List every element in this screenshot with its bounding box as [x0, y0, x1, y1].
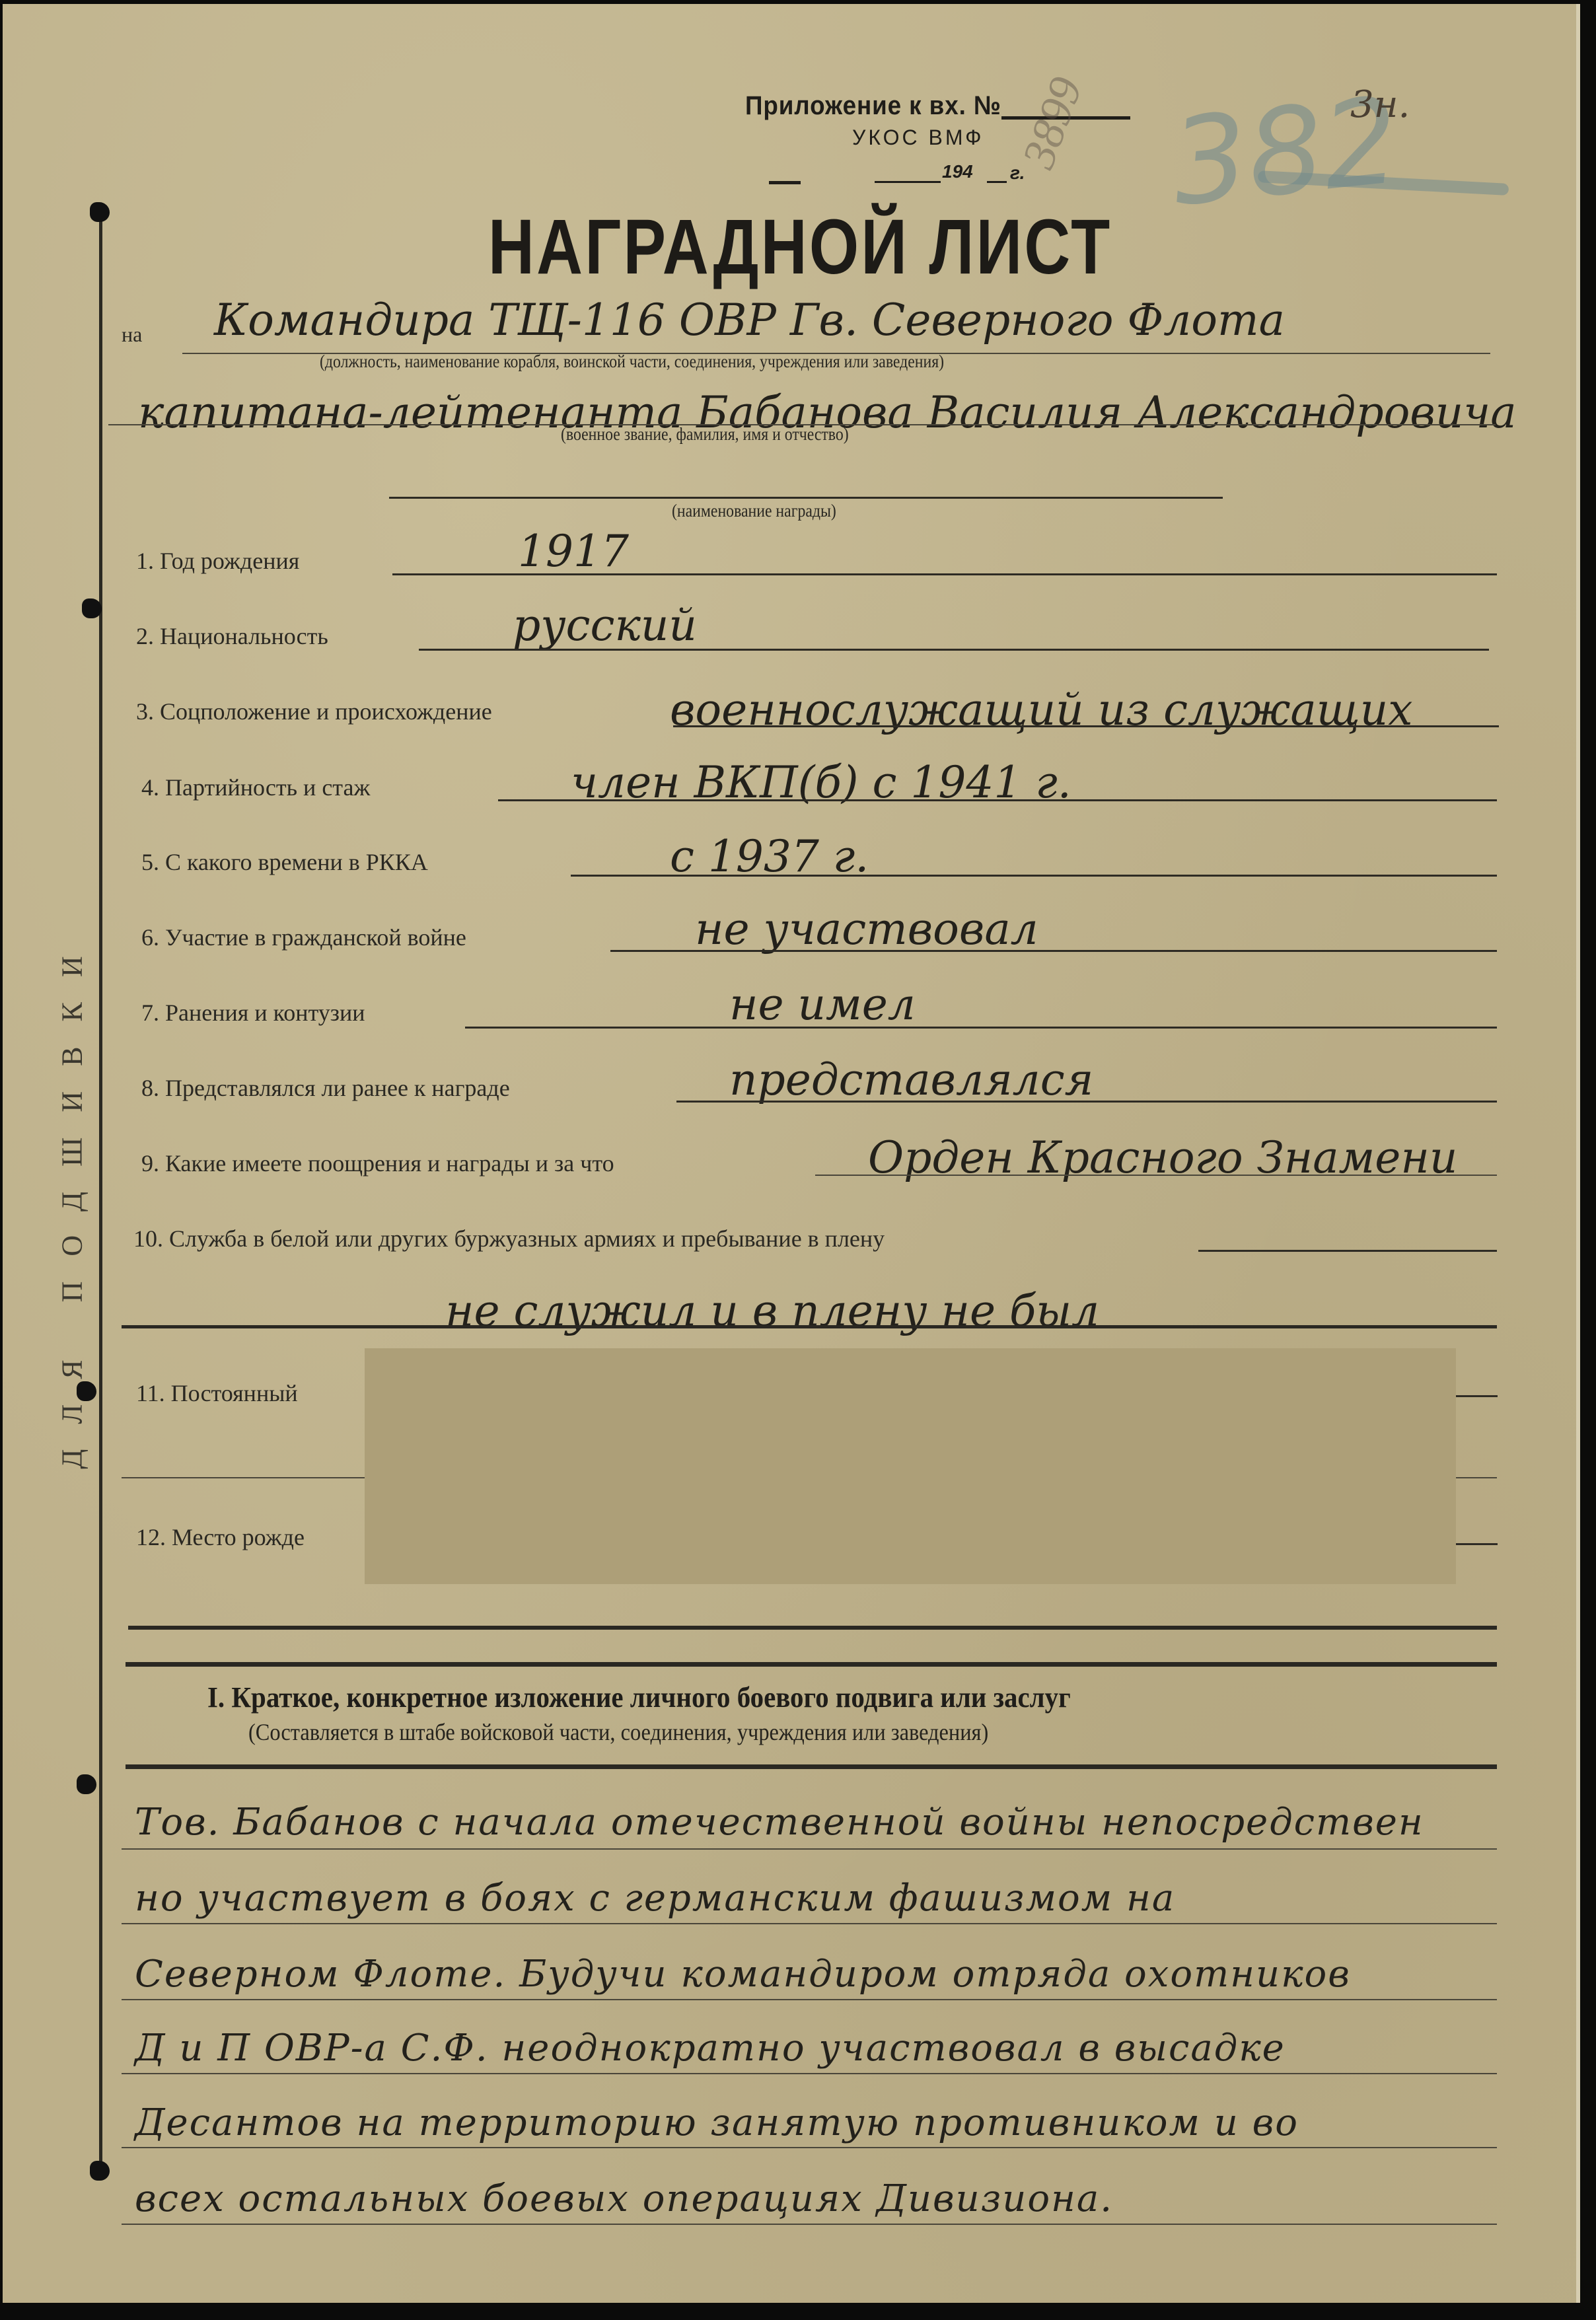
field-number: 1.: [136, 548, 154, 574]
field-10-continuation-line: [122, 1325, 1497, 1328]
recipient-name-caption: (военное звание, фамилия, имя и отчество…: [561, 424, 849, 445]
field-11-continuation-line: [122, 1477, 365, 1478]
recipient-prefix: на: [122, 322, 142, 347]
field-3-line: [673, 725, 1499, 727]
field-6-line: [610, 950, 1497, 952]
field-label: С какого времени в РККА: [165, 849, 428, 875]
punch-hole-icon: [90, 2161, 110, 2181]
field-1-value: 1917: [518, 526, 629, 577]
narrative-rule-2: [122, 1923, 1497, 1924]
narrative-rule-5: [122, 2147, 1497, 2148]
field-number: 7.: [141, 999, 159, 1026]
field-5-label: 5. С какого времени в РККА: [141, 848, 428, 876]
narrative-rule-3: [122, 1999, 1497, 2000]
field-6-value: не участвовал: [695, 904, 1038, 955]
narrative-rule-1: [122, 1848, 1497, 1850]
field-label: Год рождения: [160, 548, 299, 574]
field-label: Какие имеете поощрения и награды и за чт…: [165, 1150, 614, 1177]
section-1-title: I. Краткое, конкретное изложение личного…: [207, 1681, 1071, 1714]
field-number: 8.: [141, 1075, 159, 1101]
punch-hole-icon: [77, 1381, 96, 1401]
field-11-label: 11. Постоянный: [136, 1379, 298, 1407]
field-8-line: [676, 1101, 1497, 1103]
field-11-line: [1453, 1395, 1498, 1397]
punch-hole-icon: [90, 202, 110, 222]
field-11-continuation-line-right: [1456, 1477, 1497, 1478]
stamp-date-month-line: [875, 181, 941, 183]
field-10-line: [1198, 1250, 1497, 1252]
field-8-value: представлялся: [729, 1054, 1093, 1105]
field-8-label: 8. Представлялся ли ранее к награде: [141, 1074, 510, 1102]
field-7-line: [465, 1027, 1497, 1029]
section-1-subtitle: (Составляется в штабе войсковой части, с…: [248, 1718, 988, 1746]
field-number: 4.: [141, 774, 159, 801]
section-1-top-rule: [126, 1662, 1497, 1667]
award-name-line: [389, 497, 1223, 499]
stamp-date-year-line: [987, 181, 1007, 183]
field-label: Партийность и стаж: [165, 774, 370, 801]
field-number: 2.: [136, 623, 154, 649]
field-12-line: [1453, 1543, 1498, 1545]
field-2-label: 2. Национальность: [136, 622, 328, 650]
field-5-line: [571, 875, 1497, 877]
narrative-rule-6: [122, 2224, 1497, 2225]
stamp-date-year: 194: [942, 161, 973, 182]
field-10-value: не служил и в плену не был: [445, 1286, 1099, 1336]
narrative-line-5: Десантов на территорию занятую противник…: [135, 2101, 1299, 2144]
field-label: Участие в гражданской войне: [165, 924, 466, 951]
field-number: 6.: [141, 924, 159, 951]
field-3-label: 3. Соцположение и происхождение: [136, 698, 492, 725]
stamp-date-suffix: г.: [1010, 163, 1025, 184]
binding-margin-label: ДЛЯ ПОДШИВКИ: [49, 883, 95, 1517]
field-label: Представлялся ли ранее к награде: [165, 1075, 510, 1101]
field-12-continuation-line: [128, 1626, 1497, 1630]
field-7-value: не имел: [729, 979, 916, 1030]
field-1-line: [392, 573, 1497, 575]
field-2-line: [419, 649, 1489, 651]
stamp-office: УКОС ВМФ: [852, 126, 984, 150]
recipient-position-caption: (должность, наименование корабля, воинск…: [320, 351, 944, 372]
field-label: Ранения и контузии: [165, 999, 365, 1026]
field-6-label: 6. Участие в гражданской войне: [141, 924, 466, 951]
narrative-rule-4: [122, 2073, 1497, 2074]
binding-margin-line: [99, 209, 102, 2171]
field-2-value: русский: [513, 600, 697, 651]
field-12-label: 12. Место рожде: [136, 1523, 305, 1551]
stamp-date-day-line: [769, 181, 801, 184]
stamp-annex-label: Приложение к вх. №: [745, 91, 1001, 121]
pencil-note: 3н.: [1350, 83, 1410, 126]
field-number: 3.: [136, 698, 154, 725]
narrative-line-1: Тов. Бабанов с начала отечественной войн…: [135, 1801, 1424, 1844]
award-sheet-page: ДЛЯ ПОДШИВКИ Приложение к вх. № УКОС ВМФ…: [3, 4, 1580, 2303]
field-3-value: военнослужащий из служащих: [670, 684, 1413, 735]
punch-hole-icon: [82, 598, 102, 618]
field-label: Национальность: [160, 623, 328, 649]
narrative-line-2: но участвует в боях с германским фашизмо…: [135, 1877, 1175, 1920]
field-9-label: 9. Какие имеете поощрения и награды и за…: [141, 1149, 614, 1177]
field-7-label: 7. Ранения и контузии: [141, 999, 365, 1027]
pencil-faint-number: 3899: [1012, 71, 1093, 176]
recipient-position-value: Командира ТЩ-116 ОВР Гв. Северного Флота: [214, 295, 1285, 345]
field-number: 10.: [133, 1225, 163, 1252]
field-4-label: 4. Партийность и стаж: [141, 774, 370, 801]
page-title: НАГРАДНОЙ ЛИСТ: [488, 202, 1112, 292]
narrative-line-6: всех остальных боевых операциях Дивизион…: [135, 2177, 1113, 2220]
field-10-label: 10. Служба в белой или других буржуазных…: [133, 1225, 885, 1252]
field-number: 12.: [136, 1524, 166, 1550]
field-label: Соцположение и происхождение: [160, 698, 492, 725]
field-label: Место рожде: [172, 1524, 305, 1550]
punch-hole-icon: [77, 1774, 96, 1794]
field-label: Служба в белой или других буржуазных арм…: [169, 1225, 885, 1252]
field-number: 5.: [141, 849, 159, 875]
award-name-caption: (наименование награды): [672, 501, 836, 521]
field-number: 11.: [136, 1380, 165, 1406]
narrative-line-3: Северном Флоте. Будучи командиром отряда…: [135, 1953, 1351, 1996]
section-1-bottom-rule: [126, 1764, 1497, 1769]
field-4-line: [498, 799, 1497, 801]
narrative-line-4: Д и П ОВР-а С.Ф. неоднократно участвовал…: [135, 2027, 1286, 2070]
field-9-line: [815, 1175, 1497, 1176]
field-number: 9.: [141, 1150, 159, 1177]
field-1-label: 1. Год рождения: [136, 547, 299, 575]
field-label: Постоянный: [171, 1380, 298, 1406]
redaction-block: [365, 1348, 1456, 1584]
